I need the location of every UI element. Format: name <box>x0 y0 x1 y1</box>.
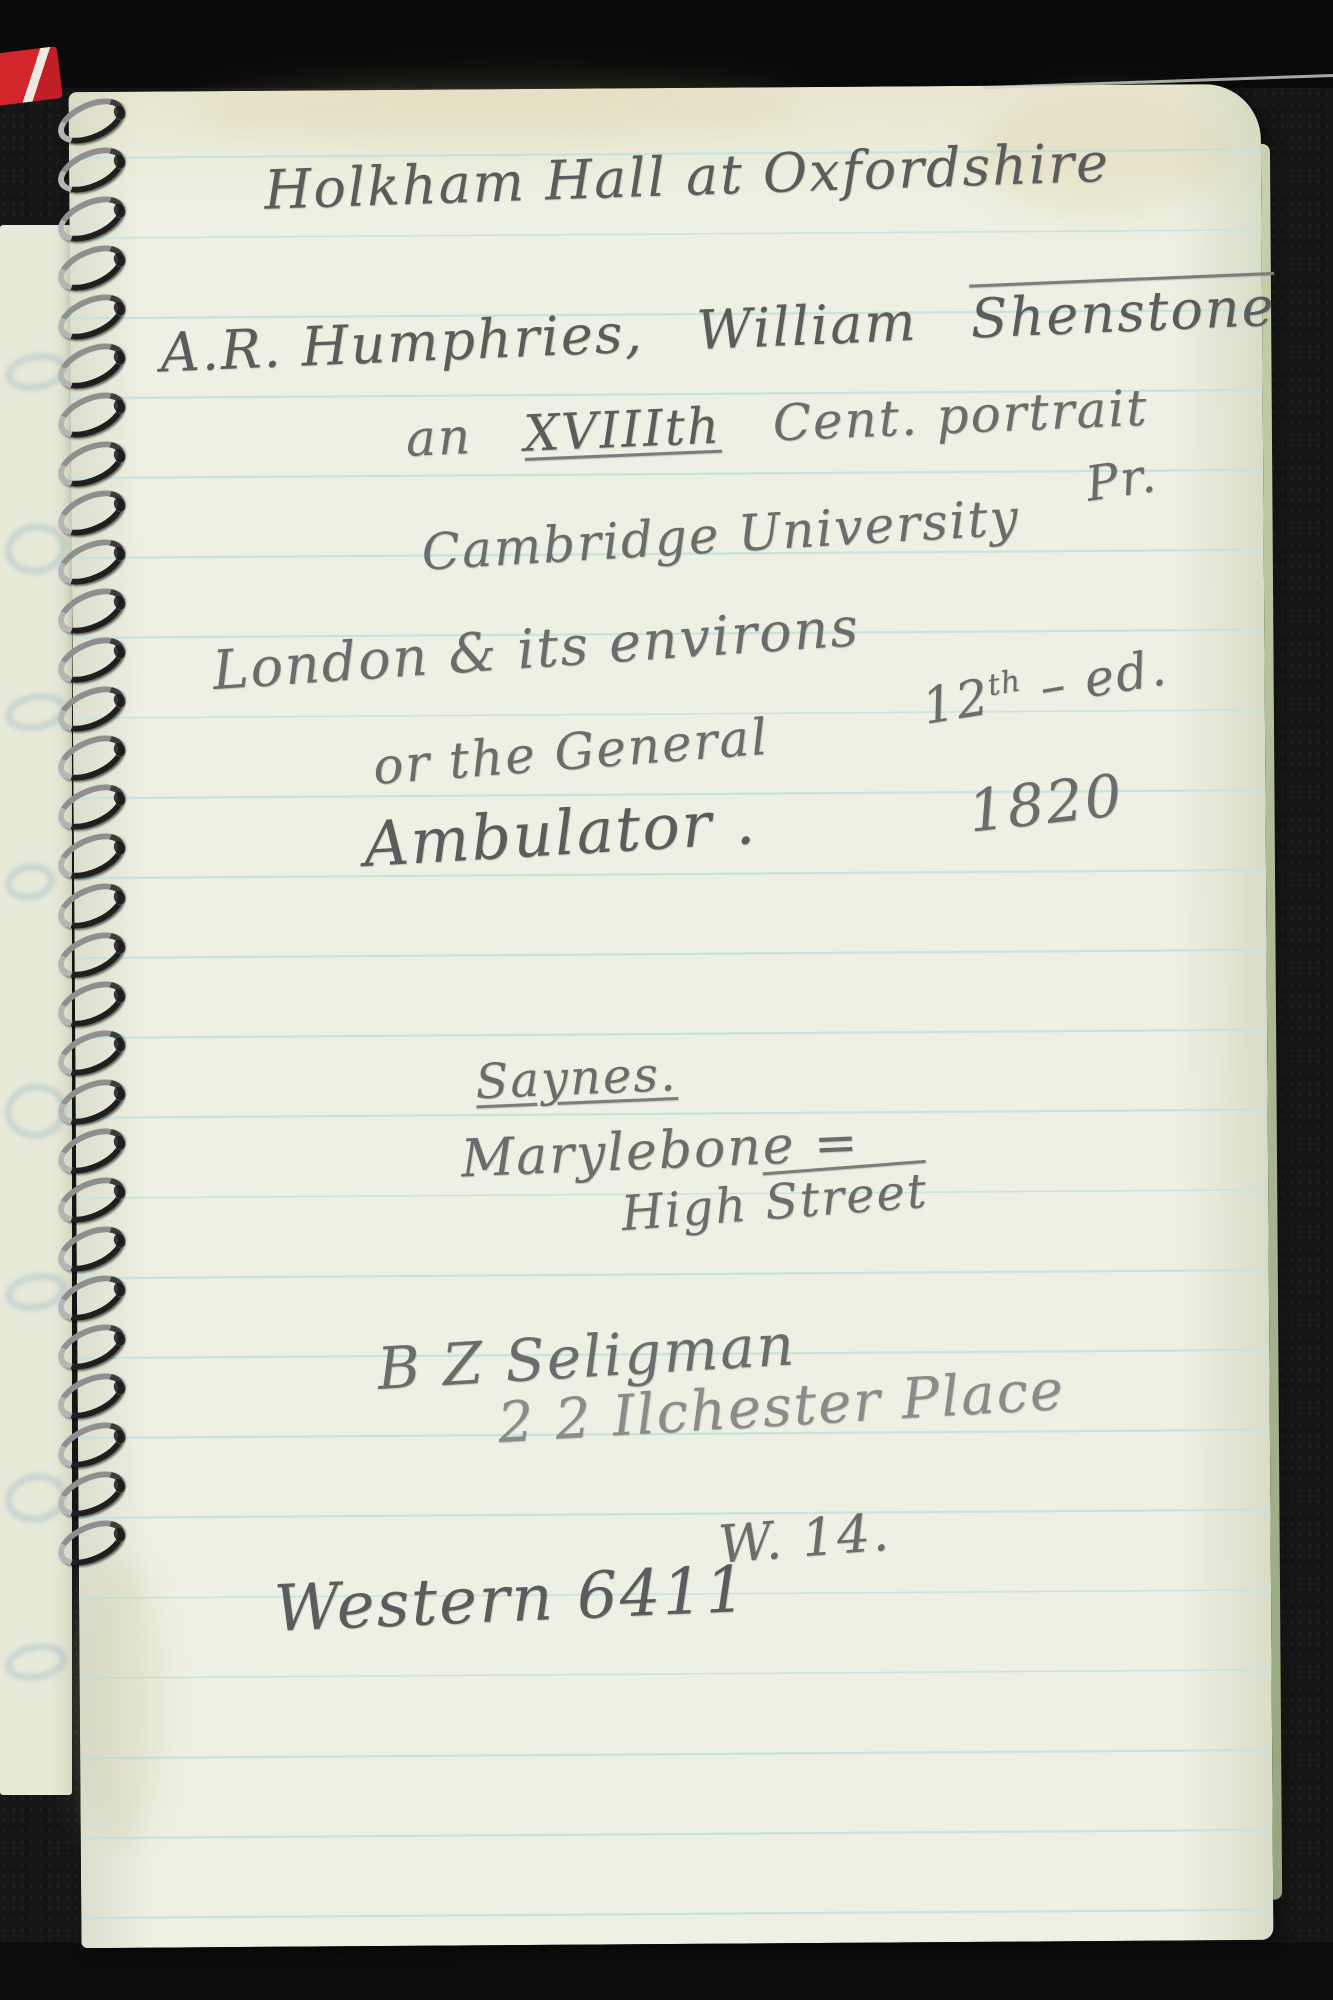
spiral-coil <box>51 629 130 692</box>
spiral-coil <box>51 1266 130 1329</box>
handwritten-line-saynes: Saynes. <box>474 1046 678 1110</box>
edition-number: 12 <box>918 668 994 736</box>
high-street-second: Street <box>763 1163 930 1231</box>
notebook-page: Holkham Hall at Oxfordshire A.R. Humphri… <box>69 84 1274 1948</box>
subject-first-name: William <box>695 290 918 362</box>
high-street-first: High <box>619 1177 750 1243</box>
handwritten-line-telephone: Western 6411 <box>273 1553 750 1647</box>
spiral-coil <box>51 825 130 888</box>
spiral-binding <box>56 102 156 1562</box>
spiral-coil <box>51 972 130 1035</box>
handwritten-edition: 12th – ed. <box>918 638 1171 736</box>
spiral-coil <box>51 482 130 545</box>
spiral-coil <box>51 1315 130 1378</box>
handwritten-line-london-alt: or the General <box>371 708 771 796</box>
paper-stain <box>73 1552 165 1853</box>
spiral-coil <box>51 384 130 447</box>
handwritten-line-ambulator: Ambulator . <box>362 785 759 881</box>
handwritten-line-london-title: London & its environs <box>210 595 861 702</box>
spiral-coil <box>51 237 130 300</box>
handwritten-publisher-abbrev: Pr. <box>1082 447 1161 513</box>
handwritten-line-author: A.R. Humphries, William Shenstone <box>159 275 1277 385</box>
spiral-coil <box>51 286 130 349</box>
work-century: XVIIIth <box>523 397 723 463</box>
previous-page-ink <box>4 1640 69 1684</box>
spiral-coil <box>51 531 130 594</box>
edition-rest: – ed. <box>1035 638 1171 716</box>
spiral-coil <box>51 678 130 741</box>
dark-table-bottom <box>0 1942 1333 2000</box>
spiral-coil <box>51 138 130 201</box>
spiral-coil <box>51 874 130 937</box>
red-tab <box>0 46 63 106</box>
spiral-coil <box>51 580 130 643</box>
subject-last-name: Shenstone <box>969 275 1277 351</box>
spiral-coil <box>51 433 130 496</box>
edition-suffix: th <box>985 663 1024 703</box>
spiral-coil <box>51 776 130 839</box>
spiral-coil <box>51 1021 130 1084</box>
spiral-coil <box>51 1168 130 1231</box>
spiral-coil <box>51 1413 130 1476</box>
work-article: an <box>405 407 473 468</box>
paper-stain <box>188 79 808 143</box>
handwritten-line-title: Holkham Hall at Oxfordshire <box>263 131 1111 222</box>
handwritten-year: 1820 <box>965 761 1127 846</box>
handwritten-line-publisher: Cambridge University <box>420 488 1021 581</box>
spiral-coil <box>51 1364 130 1427</box>
spiral-coil <box>51 1462 130 1525</box>
previous-page-ink <box>3 861 56 903</box>
photo-background: Holkham Hall at Oxfordshire A.R. Humphri… <box>0 0 1333 2000</box>
spiral-coil <box>51 1119 130 1182</box>
spiral-coil <box>51 1070 130 1133</box>
spiral-coil <box>51 727 130 790</box>
spiral-coil <box>51 335 130 398</box>
spiral-coil <box>51 187 130 250</box>
author-name: A.R. Humphries, <box>159 301 645 384</box>
spiral-coil <box>51 1217 130 1280</box>
dark-table-top <box>0 0 1333 88</box>
handwritten-line-work: an XVIIIth Cent. portrait <box>405 379 1150 468</box>
work-rest: Cent. portrait <box>772 379 1150 453</box>
page-stack-edge <box>1261 144 1282 1900</box>
spiral-coil <box>51 923 130 986</box>
